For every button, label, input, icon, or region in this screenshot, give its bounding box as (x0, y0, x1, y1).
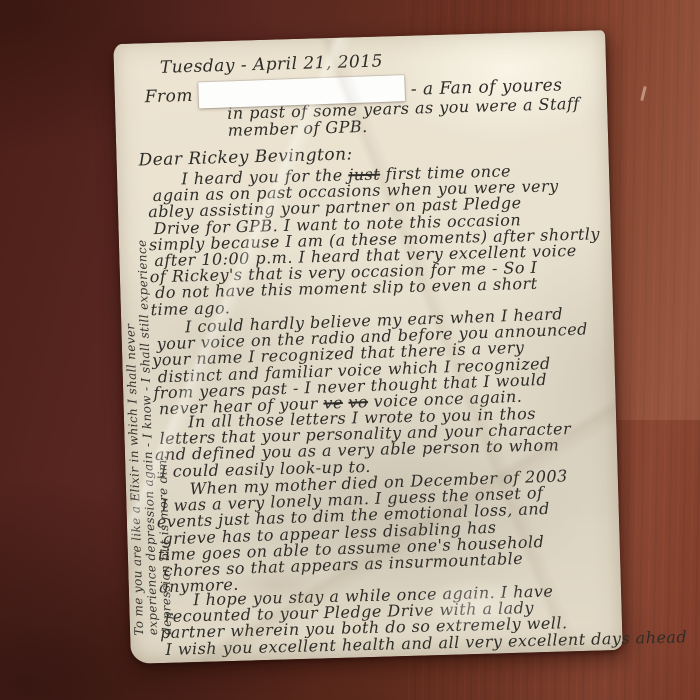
wood-table: Tuesday - April 21, 2015 From - a Fan of… (0, 0, 700, 700)
letter-paragraph: I heard you for the just first time once… (147, 161, 604, 318)
letter-paragraph: I hope you stay a while once again. I ha… (159, 582, 614, 658)
letter-body: I heard you for the just first time once… (147, 160, 615, 659)
letter-paragraph: I could hardly believe my ears when I he… (151, 305, 608, 418)
letter-paper: Tuesday - April 21, 2015 From - a Fan of… (113, 30, 623, 664)
letter-paragraph: When my mother died on December of 2003I… (155, 467, 613, 596)
from-label: From (144, 86, 193, 107)
